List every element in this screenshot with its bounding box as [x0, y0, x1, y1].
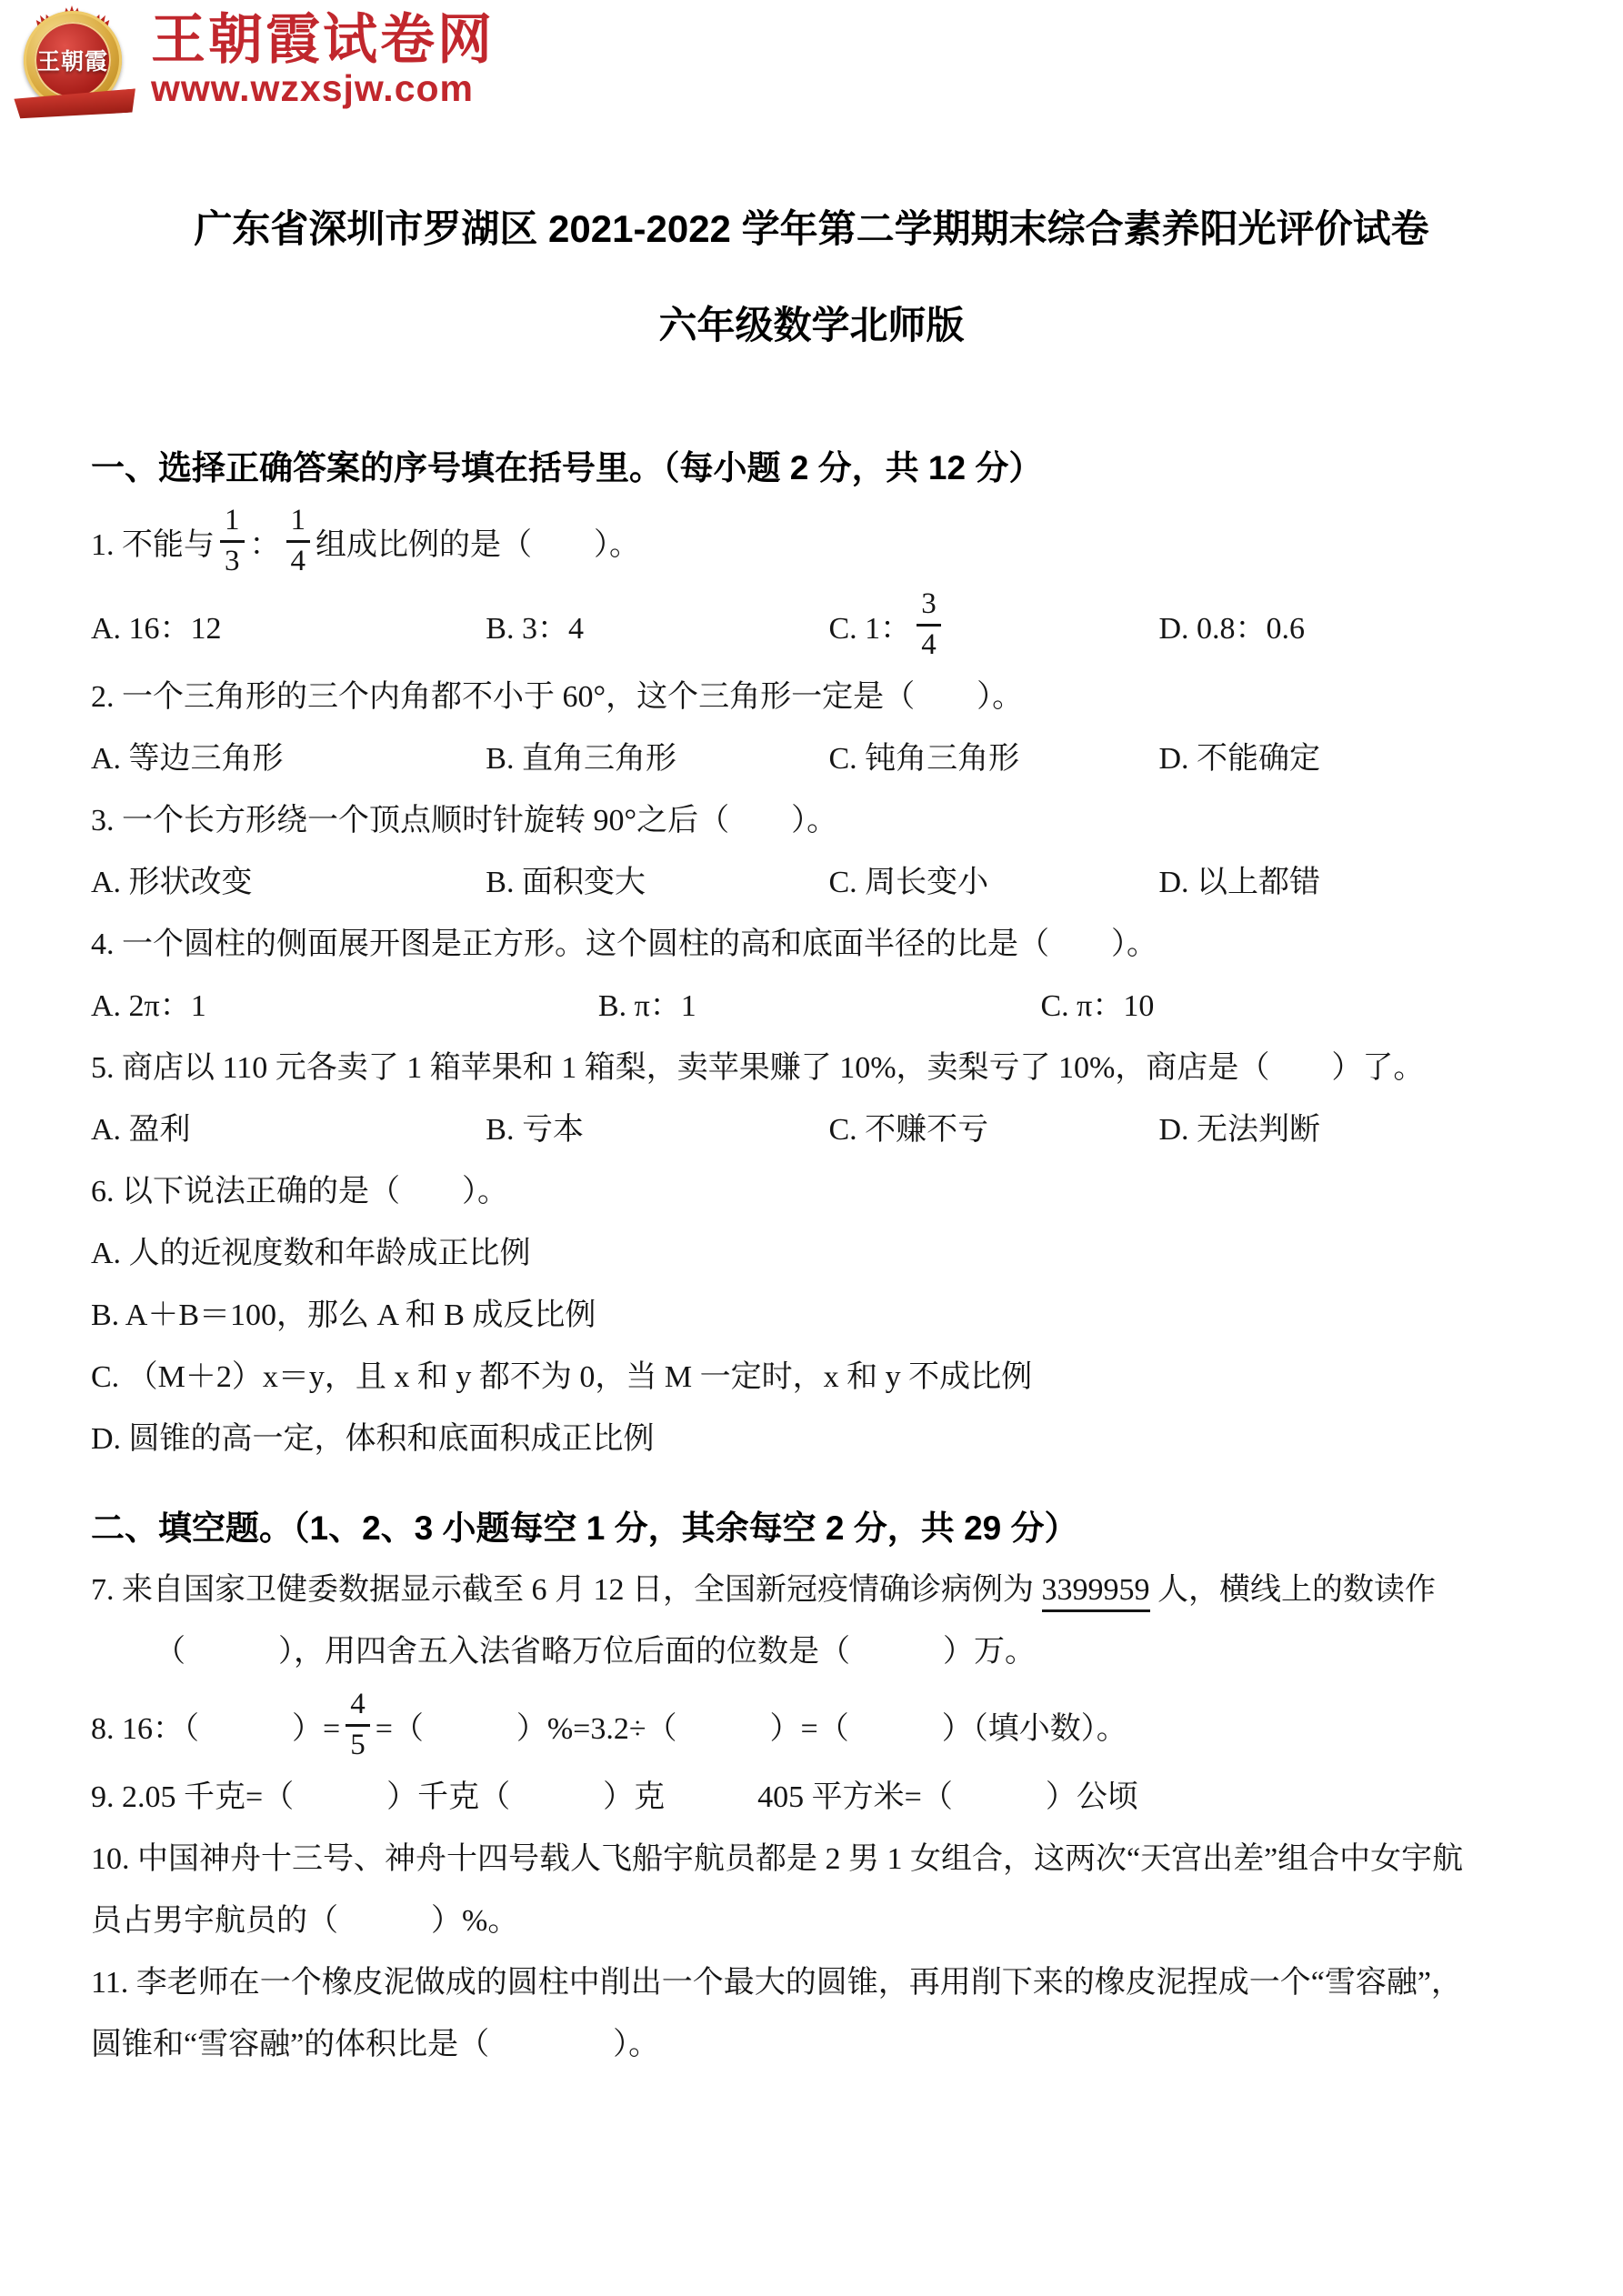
question-4-options: A. 2π：1 B. π：1 C. π：10: [91, 976, 1532, 1038]
q3-option-d: D. 以上都错: [1158, 852, 1532, 914]
brand-medal-icon: 王朝霞: [22, 9, 133, 120]
q3-option-b: B. 面积变大: [486, 852, 828, 914]
q1-option-c: C. 1：34: [829, 588, 1159, 661]
fraction-one-third: 13: [220, 505, 245, 577]
q8-text-post: =（ ）%=3.2÷（ ）=（ ）（填小数）。: [376, 1703, 1127, 1748]
question-1-text-post: 组成比例的是（ ）。: [316, 519, 640, 564]
exam-paper-page: 王朝霞 王朝霞试卷网 www.wzxsjw.com 广东省深圳市罗湖区 2021…: [0, 0, 1623, 2296]
question-1: 1. 不能与 13 ： 14 组成比例的是（ ）。: [91, 499, 1532, 583]
q3-option-a: A. 形状改变: [91, 852, 486, 914]
q5-option-b: B. 亏本: [486, 1099, 828, 1161]
question-2: 2. 一个三角形的三个内角都不小于 60°，这个三角形一定是（ ）。: [91, 667, 1532, 728]
fraction-four-fifths: 45: [346, 1689, 370, 1761]
question-7-line2: （ ），用四舍五入法省略万位后面的位数是（ ）万。: [91, 1621, 1532, 1683]
medal-red-center: 王朝霞: [35, 22, 111, 98]
site-header: 王朝霞 王朝霞试卷网 www.wzxsjw.com: [0, 0, 1623, 120]
q2-option-c: C. 钝角三角形: [829, 728, 1159, 790]
fraction-three-fourths: 34: [917, 588, 941, 661]
ratio-colon: ：: [250, 519, 281, 564]
paper-subtitle: 六年级数学北师版: [0, 300, 1623, 351]
question-7-line1: 7. 来自国家卫健委数据显示截至 6 月 12 日，全国新冠疫情确诊病例为 33…: [91, 1559, 1532, 1621]
brand-text-block: 王朝霞试卷网 www.wzxsjw.com: [151, 9, 495, 108]
brand-site-name: 王朝霞试卷网: [151, 13, 495, 67]
question-11-line2: 圆锥和“雪容融”的体积比是（ ）。: [91, 2014, 1532, 2076]
q6-option-a: A. 人的近视度数和年龄成正比例: [91, 1223, 1532, 1285]
section-2-heading: 二、填空题。（1、2、3 小题每空 1 分，其余每空 2 分，共 29 分）: [91, 1498, 1532, 1559]
q1-option-a: A. 16：12: [91, 603, 486, 647]
q6-option-b: B. A＋B＝100，那么 A 和 B 成反比例: [91, 1285, 1532, 1347]
question-4: 4. 一个圆柱的侧面展开图是正方形。这个圆柱的高和底面半径的比是（ ）。: [91, 914, 1532, 976]
q5-option-d: D. 无法判断: [1158, 1099, 1532, 1161]
brand-site-url: www.wzxsjw.com: [151, 69, 495, 108]
q8-text-pre: 8. 16：（ ）=: [91, 1703, 340, 1748]
q3-option-c: C. 周长变小: [829, 852, 1159, 914]
q6-option-c: C. （M＋2）x＝y，且 x 和 y 都不为 0，当 M 一定时，x 和 y …: [91, 1347, 1532, 1409]
q2-option-b: B. 直角三角形: [486, 728, 828, 790]
q7-underlined-number: 3399959: [1042, 1573, 1150, 1612]
question-5: 5. 商店以 110 元各卖了 1 箱苹果和 1 箱梨，卖苹果赚了 10%，卖梨…: [91, 1038, 1532, 1099]
q2-option-a: A. 等边三角形: [91, 728, 486, 790]
question-8: 8. 16：（ ）= 45 =（ ）%=3.2÷（ ）=（ ）（填小数）。: [91, 1683, 1532, 1767]
question-11-line1: 11. 李老师在一个橡皮泥做成的圆柱中削出一个最大的圆锥，再用削下来的橡皮泥捏成…: [91, 1952, 1532, 2014]
question-3-options: A. 形状改变 B. 面积变大 C. 周长变小 D. 以上都错: [91, 852, 1532, 914]
q5-option-a: A. 盈利: [91, 1099, 486, 1161]
q4-option-c: C. π：10: [1041, 976, 1533, 1038]
q7-text-pre: 7. 来自国家卫健委数据显示截至 6 月 12 日，全国新冠疫情确诊病例为: [91, 1573, 1042, 1607]
question-10-line1: 10. 中国神舟十三号、神舟十四号载人飞船宇航员都是 2 男 1 女组合，这两次…: [91, 1829, 1532, 1890]
q2-option-d: D. 不能确定: [1158, 728, 1532, 790]
question-9: 9. 2.05 千克=（ ）千克（ ）克 405 平方米=（ ）公顷: [91, 1767, 1532, 1829]
question-1-options: A. 16：12 B. 3：4 C. 1：34 D. 0.8：0.6: [91, 583, 1532, 667]
q5-option-c: C. 不赚不亏: [829, 1099, 1159, 1161]
paper-body: 一、选择正确答案的序号填在括号里。（每小题 2 分，共 12 分） 1. 不能与…: [0, 437, 1623, 2076]
question-5-options: A. 盈利 B. 亏本 C. 不赚不亏 D. 无法判断: [91, 1099, 1532, 1161]
section-1-heading: 一、选择正确答案的序号填在括号里。（每小题 2 分，共 12 分）: [91, 437, 1532, 499]
q1-option-d: D. 0.8：0.6: [1158, 603, 1532, 647]
question-1-text-pre: 1. 不能与: [91, 519, 215, 564]
fraction-one-fourth: 14: [286, 505, 311, 577]
question-6: 6. 以下说法正确的是（ ）。: [91, 1161, 1532, 1223]
q4-option-b: B. π：1: [598, 976, 1041, 1038]
question-10-line2: 员占男宇航员的（ ）%。: [91, 1890, 1532, 1952]
medal-brand-text: 王朝霞: [37, 44, 108, 76]
question-3: 3. 一个长方形绕一个顶点顺时针旋转 90°之后（ ）。: [91, 790, 1532, 852]
q6-option-d: D. 圆锥的高一定，体积和底面积成正比例: [91, 1409, 1532, 1470]
question-2-options: A. 等边三角形 B. 直角三角形 C. 钝角三角形 D. 不能确定: [91, 728, 1532, 790]
q7-text-post: 人，横线上的数读作: [1150, 1573, 1437, 1607]
paper-title: 广东省深圳市罗湖区 2021-2022 学年第二学期期末综合素养阳光评价试卷: [0, 204, 1623, 255]
q1-option-b: B. 3：4: [486, 603, 828, 647]
q4-option-a: A. 2π：1: [91, 976, 598, 1038]
